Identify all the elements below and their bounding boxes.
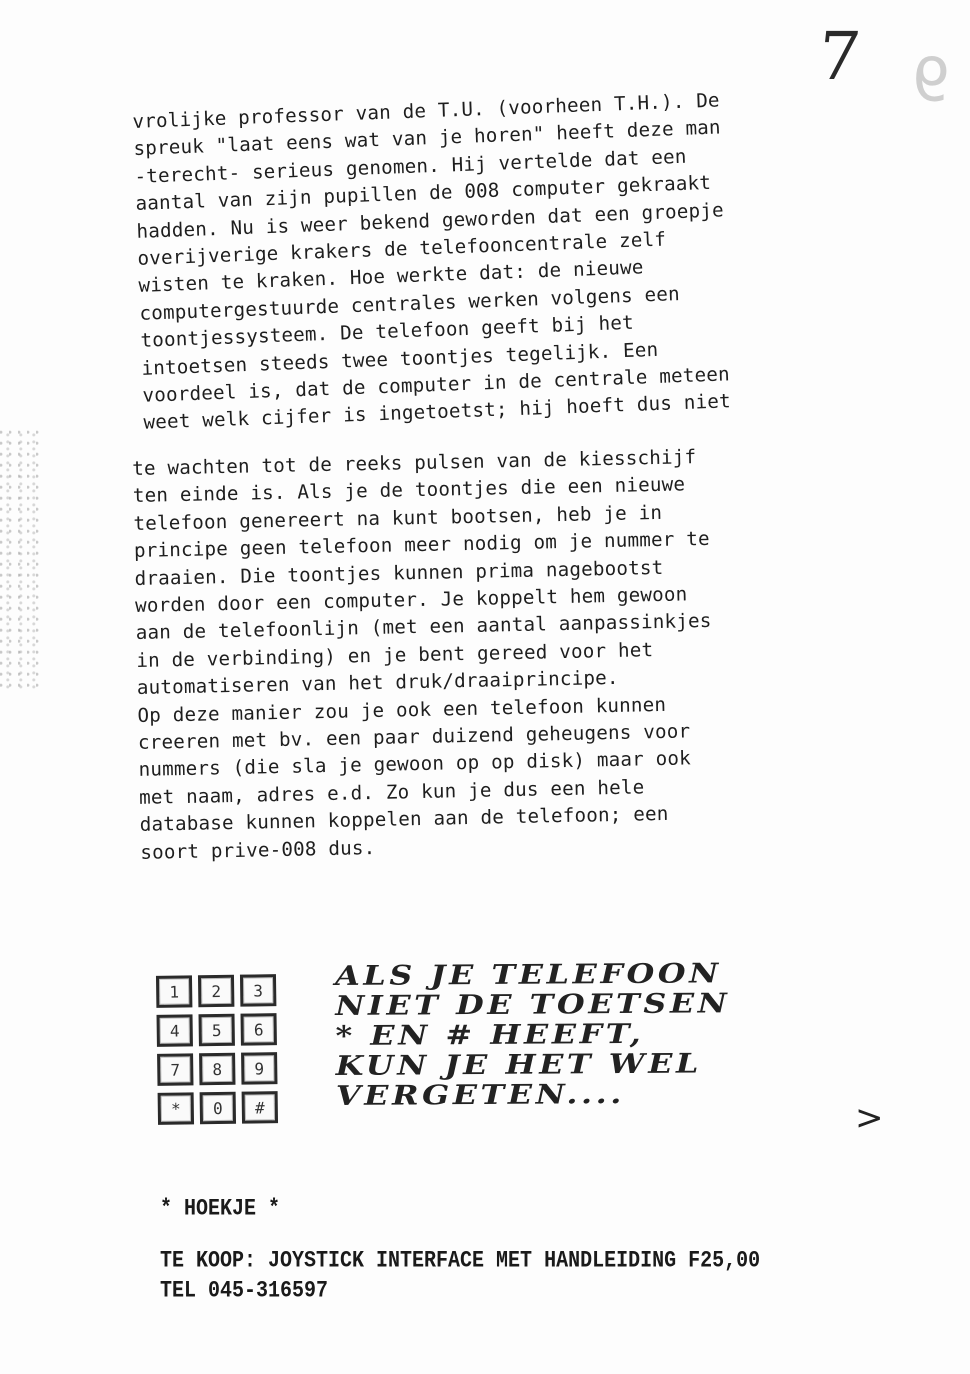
bleed-through-page-number: 6 <box>912 42 950 112</box>
slogan-line: ALS JE TELEFOON <box>335 959 730 992</box>
keypad-key: 9 <box>241 1052 277 1084</box>
classified-ad-line: TE KOOP: JOYSTICK INTERFACE MET HANDLEID… <box>160 1248 880 1274</box>
continue-arrow-icon: > <box>855 1098 884 1138</box>
keypad-key: 3 <box>240 974 276 1006</box>
keypad-key: 4 <box>157 1014 193 1046</box>
slogan-line: VERGETEN.... <box>336 1079 731 1112</box>
classifieds-heading: * HOEKJE * <box>160 1196 880 1222</box>
slogan-line: * EN # HEEFT, <box>335 1019 730 1052</box>
article-body-upper: vrolijke professor van de T.U. (voorheen… <box>132 82 864 437</box>
slogan: ALS JE TELEFOONNIET DE TOETSEN* EN # HEE… <box>335 959 731 1112</box>
keypad-key: 1 <box>156 975 192 1007</box>
telephone-keypad-icon: 123456789*0# <box>156 974 280 1125</box>
keypad-key: * <box>158 1092 194 1124</box>
keypad-key: 8 <box>199 1053 235 1085</box>
slogan-line: KUN JE HET WEL <box>336 1049 731 1082</box>
keypad-key: 7 <box>157 1053 193 1085</box>
scan-speckle <box>0 430 40 690</box>
keypad-key: 6 <box>241 1013 277 1045</box>
keypad-key: 2 <box>198 975 234 1007</box>
classified-ad-phone: TEL 045-316597 <box>160 1278 880 1304</box>
keypad-key: 5 <box>199 1014 235 1046</box>
keypad-key: # <box>242 1091 278 1123</box>
keypad-key: 0 <box>200 1092 236 1124</box>
article-body-lower: te wachten tot de reeks pulsen van de ki… <box>132 440 860 866</box>
slogan-line: NIET DE TOETSEN <box>335 989 730 1022</box>
